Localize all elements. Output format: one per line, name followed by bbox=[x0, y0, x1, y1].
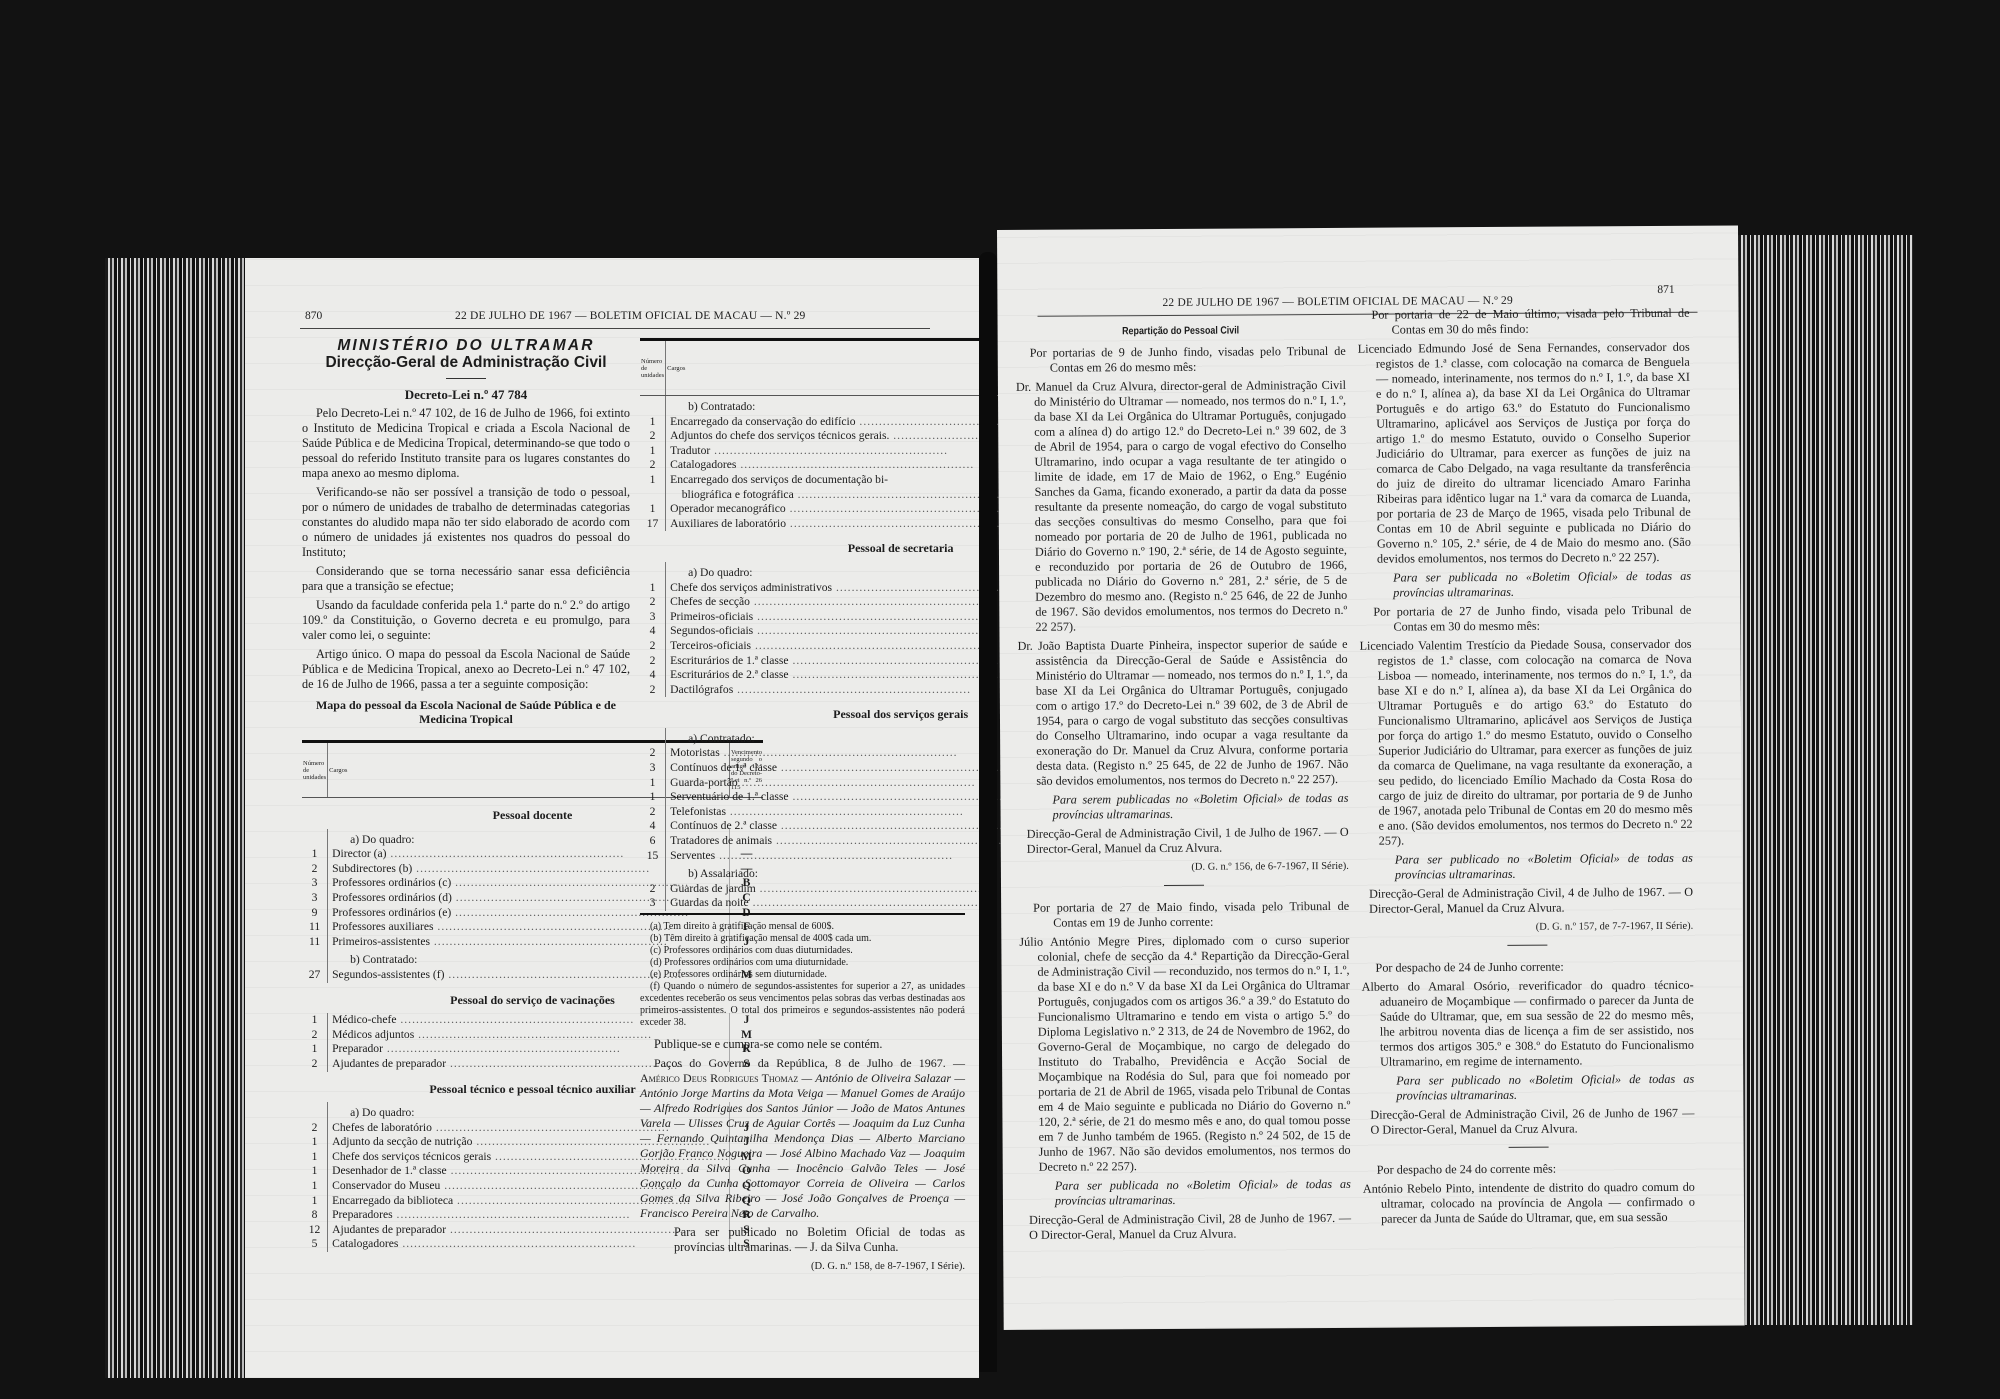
publish-note: Para ser publicado no Boletim Oficial de… bbox=[640, 1225, 965, 1255]
leader-dots: ........................................… bbox=[750, 595, 988, 608]
post-name: Segundos-assistentes (f) bbox=[332, 968, 444, 981]
post-name: Encarregado da conservação do edifício bbox=[670, 415, 855, 428]
paragraph: Usando da faculdade conferida pela 1.ª p… bbox=[302, 598, 630, 643]
leader-dots: ........................................… bbox=[772, 834, 1010, 847]
post-name: Ajudantes de preparador bbox=[332, 1057, 446, 1070]
post-name: bliográfica e fotográfica bbox=[670, 488, 794, 501]
unit-count: 8 bbox=[302, 1208, 328, 1223]
leader-dots: ........................................… bbox=[753, 610, 991, 623]
signatures-block: Paços do Governo da República, 8 de Julh… bbox=[640, 1056, 965, 1221]
leader-dots: ........................................… bbox=[387, 847, 625, 860]
page-870: 870 22 DE JULHO DE 1967 — BOLETIM OFICIA… bbox=[245, 258, 979, 1378]
divider bbox=[1164, 885, 1204, 886]
order-intro: Por portaria de 22 de Maio último, visad… bbox=[1357, 306, 1689, 338]
unit-count: 11 bbox=[302, 935, 328, 950]
unit-count: 3 bbox=[640, 896, 666, 911]
post-name: Chefe dos serviços técnicos gerais bbox=[332, 1150, 491, 1163]
footnote: (f) Quando o número de segundos-assisten… bbox=[640, 981, 965, 1029]
unit-count: 12 bbox=[302, 1223, 328, 1238]
post-name: Escriturários de 2.ª classe bbox=[670, 668, 788, 681]
order-intro: Por despacho de 24 do corrente mês: bbox=[1363, 1161, 1695, 1178]
post-name: Motoristas bbox=[670, 746, 720, 759]
signature-line: Direcção-Geral de Administração Civil, 1… bbox=[1019, 825, 1349, 857]
footnote: (c) Professores ordinários com duas diut… bbox=[640, 945, 965, 957]
unit-count: 1 bbox=[302, 1150, 328, 1165]
post-name: Primeiros-oficiais bbox=[670, 610, 753, 623]
post-name: Catalogadores bbox=[332, 1237, 398, 1250]
post-name: Ajudantes de preparador bbox=[332, 1223, 446, 1236]
unit-count: 1 bbox=[302, 1194, 328, 1209]
post-name: Adjuntos do chefe dos serviços técnicos … bbox=[670, 429, 889, 442]
post-name: Chefes de secção bbox=[670, 595, 750, 608]
leader-dots: ........................................… bbox=[434, 920, 672, 933]
page-number: 870 bbox=[305, 310, 322, 322]
order-intro: Por portaria de 27 de Maio findo, visada… bbox=[1019, 899, 1349, 931]
unit-count: 1 bbox=[302, 847, 328, 862]
leader-dots: ........................................… bbox=[432, 1121, 670, 1134]
post-name: Terceiros-oficiais bbox=[670, 639, 751, 652]
publish-order: Publique-se e cumpra-se como nele se con… bbox=[640, 1037, 965, 1052]
decree-title: Decreto-Lei n.º 47 784 bbox=[302, 387, 630, 402]
leader-dots: ........................................… bbox=[733, 683, 971, 696]
post-name: Serventes bbox=[670, 849, 715, 862]
leader-dots: ........................................… bbox=[398, 1237, 636, 1250]
paragraph: Artigo único. O mapa do pessoal da Escol… bbox=[302, 647, 630, 692]
publish-note: Para ser publicado no «Boletim Oficial» … bbox=[1361, 851, 1693, 883]
unit-count: 2 bbox=[302, 1028, 328, 1043]
post-name: Professores auxiliares bbox=[332, 920, 433, 933]
order-intro: Por portarias de 9 de Junho findo, visad… bbox=[1016, 344, 1346, 376]
appointment-entry: Júlio António Megre Pires, diplomado com… bbox=[1019, 933, 1350, 1175]
post-name: Preparadores bbox=[332, 1208, 393, 1221]
publish-note: Para serem publicadas no «Boletim Oficia… bbox=[1018, 791, 1348, 823]
leader-dots: ........................................… bbox=[393, 1208, 631, 1221]
unit-count: 3 bbox=[302, 876, 328, 891]
leader-dots: ........................................… bbox=[749, 896, 987, 909]
post-name: Professores ordinários (e) bbox=[332, 906, 451, 919]
post-name: Encarregado da biblioteca bbox=[332, 1194, 453, 1207]
post-name: Telefonistas bbox=[670, 805, 726, 818]
post-name: Guarda-portão bbox=[670, 776, 738, 789]
unit-count: 4 bbox=[640, 624, 666, 639]
post-name: Escriturários de 1.ª classe bbox=[670, 654, 788, 667]
post-name: Tratadores de animais bbox=[670, 834, 772, 847]
page-871: 22 DE JULHO DE 1967 — BOLETIM OFICIAL DE… bbox=[997, 225, 1745, 1330]
publish-note: Para ser publicada no «Boletim Oficial» … bbox=[1359, 569, 1691, 601]
appointment-entry: Dr. João Baptista Duarte Pinheira, inspe… bbox=[1017, 637, 1348, 789]
unit-count: 2 bbox=[640, 595, 666, 610]
post-name: Adjunto da secção de nutrição bbox=[332, 1135, 472, 1148]
unit-count: 2 bbox=[640, 805, 666, 820]
signature-line: Direcção-Geral de Administração Civil, 4… bbox=[1361, 885, 1693, 917]
leader-dots: ........................................… bbox=[715, 849, 953, 862]
unit-count: 3 bbox=[302, 891, 328, 906]
divider bbox=[1507, 945, 1547, 946]
leader-dots: ........................................… bbox=[430, 935, 668, 948]
leader-dots: ........................................… bbox=[726, 805, 964, 818]
order-intro: Por portaria de 27 de Junho findo, visad… bbox=[1359, 603, 1691, 635]
unit-count: 1 bbox=[302, 1042, 328, 1057]
unit-count: 6 bbox=[640, 834, 666, 849]
post-name: Segundos-oficiais bbox=[670, 624, 753, 637]
leader-dots: ........................................… bbox=[756, 882, 994, 895]
unit-count: 1 bbox=[640, 415, 666, 430]
running-head: 22 DE JULHO DE 1967 — BOLETIM OFICIAL DE… bbox=[455, 310, 806, 322]
right-column-2: Por portaria de 22 de Maio último, visad… bbox=[1357, 306, 1695, 1231]
unit-count: 1 bbox=[302, 1164, 328, 1179]
paragraph: Pelo Decreto-Lei n.º 47 102, de 16 de Ju… bbox=[302, 406, 630, 481]
unit-count: 1 bbox=[302, 1013, 328, 1028]
unit-count: 2 bbox=[640, 458, 666, 473]
unit-count: 2 bbox=[640, 654, 666, 669]
post-name: Médicos adjuntos bbox=[332, 1028, 414, 1041]
unit-count: 2 bbox=[640, 882, 666, 897]
unit-count: 2 bbox=[302, 862, 328, 877]
unit-count: 1 bbox=[640, 444, 666, 459]
post-name: Chefes de laboratório bbox=[332, 1121, 432, 1134]
paragraph: Considerando que se torna necessário san… bbox=[302, 564, 630, 594]
leader-dots: ........................................… bbox=[396, 1013, 634, 1026]
post-name: Professores ordinários (c) bbox=[332, 876, 451, 889]
post-name: Guardas de jardim bbox=[670, 882, 756, 895]
unit-count: 3 bbox=[640, 610, 666, 625]
directorate-heading: Direcção-Geral de Administração Civil bbox=[302, 355, 630, 370]
signature-line: Direcção-Geral de Administração Civil, 2… bbox=[1021, 1211, 1351, 1243]
left-column-2: Número de unidades Cargos Vencimento seg… bbox=[640, 338, 965, 1280]
footnotes: (a) Tem direito à gratificação mensal de… bbox=[640, 921, 965, 1029]
left-column-1: MINISTÉRIO DO ULTRAMAR Direcção-Geral de… bbox=[302, 338, 630, 1252]
post-name: Tradutor bbox=[670, 444, 710, 457]
unit-count: 4 bbox=[640, 668, 666, 683]
publish-note: Para ser publicado no «Boletim Oficial» … bbox=[1362, 1072, 1694, 1104]
unit-count: 9 bbox=[302, 906, 328, 921]
unit-count: 1 bbox=[640, 776, 666, 791]
page-number: 871 bbox=[1657, 284, 1674, 296]
leader-dots: ........................................… bbox=[720, 746, 958, 759]
signature-line: Direcção-Geral de Administração Civil, 2… bbox=[1362, 1106, 1694, 1138]
appointment-entry: Licenciado Valentim Trestício da Piedade… bbox=[1360, 637, 1693, 849]
paragraph: Verificando-se não ser possível a transi… bbox=[302, 485, 630, 560]
post-name: Subdirectores (b) bbox=[332, 862, 412, 875]
unit-count: 2 bbox=[640, 746, 666, 761]
post-name: Desenhador de 1.ª classe bbox=[332, 1164, 447, 1177]
unit-count: 2 bbox=[302, 1057, 328, 1072]
right-column-1: Repartição do Pessoal Civil Por portaria… bbox=[1016, 323, 1352, 1247]
book-edge-left bbox=[105, 258, 245, 1378]
section-title: Repartição do Pessoal Civil bbox=[1040, 323, 1321, 340]
leader-dots: ........................................… bbox=[383, 1042, 621, 1055]
unit-count: 1 bbox=[640, 473, 666, 488]
book-spine bbox=[979, 252, 997, 1372]
appointment-entry: Dr. Manuel da Cruz Alvura, director-gera… bbox=[1016, 378, 1348, 635]
post-name: Chefe dos serviços administrativos bbox=[670, 581, 832, 594]
leader-dots: ........................................… bbox=[412, 862, 650, 875]
unit-count: 2 bbox=[640, 639, 666, 654]
unit-count: 2 bbox=[302, 1121, 328, 1136]
post-name: Dactilógrafos bbox=[670, 683, 733, 696]
post-name: Contínuos de 2.ª classe bbox=[670, 819, 777, 832]
unit-count: 1 bbox=[640, 502, 666, 517]
post-name: Operador mecanográfico bbox=[670, 502, 786, 515]
post-name: Médico-chefe bbox=[332, 1013, 396, 1026]
order-intro: Por despacho de 24 de Junho corrente: bbox=[1361, 959, 1693, 976]
post-name: Encarregado dos serviços de documentação… bbox=[670, 473, 888, 486]
unit-count: 1 bbox=[302, 1179, 328, 1194]
unit-count: 3 bbox=[640, 761, 666, 776]
footnote: (d) Professores ordinários com uma diutu… bbox=[640, 957, 965, 969]
unit-count: 11 bbox=[302, 920, 328, 935]
footnote: (b) Têm direito à gratificação mensal de… bbox=[640, 933, 965, 945]
footnote: (e) Professores ordinários sem diuturnid… bbox=[640, 969, 965, 981]
divider bbox=[1509, 1147, 1549, 1148]
leader-dots: ........................................… bbox=[753, 624, 991, 637]
gazette-reference: (D. G. n.º 156, de 6-7-1967, II Série). bbox=[1019, 859, 1349, 876]
unit-count: 1 bbox=[640, 790, 666, 805]
gazette-reference: (D. G. n.º 158, de 8-7-1967, I Série). bbox=[640, 1259, 965, 1274]
publish-note: Para ser publicada no «Boletim Oficial» … bbox=[1021, 1177, 1351, 1209]
signatories: — António de Oliveira Salazar — António … bbox=[640, 1071, 965, 1220]
post-name: Contínuos de 1.ª classe bbox=[670, 761, 777, 774]
place-date: Paços do Governo da República, 8 de Julh… bbox=[654, 1056, 965, 1070]
post-name: Preparador bbox=[332, 1042, 383, 1055]
leader-dots: ........................................… bbox=[710, 444, 948, 457]
unit-count: 2 bbox=[640, 429, 666, 444]
unit-count bbox=[640, 488, 666, 503]
leader-dots: ........................................… bbox=[414, 1028, 652, 1041]
gazette-reference: (D. G. n.º 157, de 7-7-1967, II Série). bbox=[1361, 919, 1693, 936]
post-name: Auxiliares de laboratório bbox=[670, 517, 786, 530]
appointment-entry: Licenciado Edmundo José de Sena Fernande… bbox=[1358, 340, 1691, 567]
unit-count: 17 bbox=[640, 517, 666, 532]
unit-count: 27 bbox=[302, 968, 328, 983]
unit-count: 4 bbox=[640, 819, 666, 834]
post-name: Guardas da noite bbox=[670, 896, 749, 909]
unit-count: 5 bbox=[302, 1237, 328, 1252]
unit-count: 15 bbox=[640, 849, 666, 864]
map-title: Mapa do pessoal da Escola Nacional de Sa… bbox=[302, 698, 630, 726]
leader-dots: ........................................… bbox=[738, 776, 976, 789]
book-edge-right bbox=[1738, 235, 1913, 1325]
post-name: Director (a) bbox=[332, 847, 386, 860]
appointment-entry: Alberto do Amaral Osório, reverificador … bbox=[1362, 978, 1695, 1070]
ministry-heading: MINISTÉRIO DO ULTRAMAR bbox=[302, 338, 630, 353]
leader-dots: ........................................… bbox=[751, 639, 989, 652]
col-header-units: Número de unidades bbox=[640, 340, 666, 396]
col-header-units: Número de unidades bbox=[302, 742, 328, 798]
unit-count: 1 bbox=[640, 581, 666, 596]
post-name: Catalogadores bbox=[670, 458, 736, 471]
post-name: Primeiros-assistentes bbox=[332, 935, 430, 948]
unit-count: 1 bbox=[302, 1135, 328, 1150]
unit-count: 2 bbox=[640, 683, 666, 698]
footnote: (a) Tem direito à gratificação mensal de… bbox=[640, 921, 965, 933]
post-name: Professores ordinários (d) bbox=[332, 891, 452, 904]
leader-dots: ........................................… bbox=[736, 458, 974, 471]
post-name: Conservador do Museu bbox=[332, 1179, 440, 1192]
post-name: Serventuário de 1.ª classe bbox=[670, 790, 788, 803]
appointment-entry: António Rebelo Pinto, intendente de dist… bbox=[1363, 1180, 1695, 1227]
president-name: Américo Deus Rodrigues Thomaz bbox=[640, 1071, 798, 1085]
